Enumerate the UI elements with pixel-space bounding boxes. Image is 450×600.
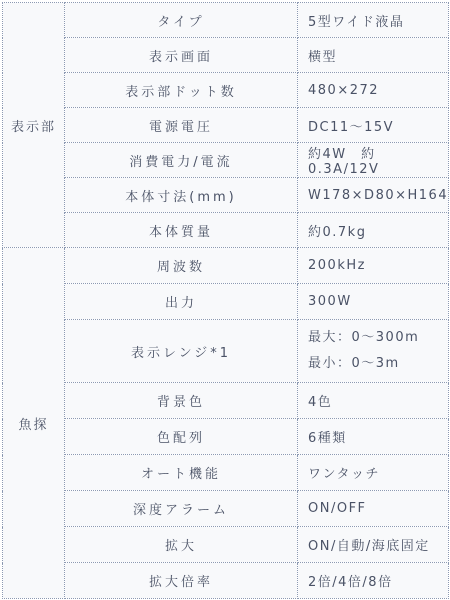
table-row: 本体寸法(mm) W178×D80×H164 (3, 178, 449, 213)
spec-label: 表示部ドット数 (65, 73, 298, 108)
spec-label: 電源電圧 (65, 108, 298, 143)
table-row: 深度アラーム ON/OFF (3, 491, 449, 527)
spec-value: 横型 (298, 38, 449, 73)
table-row: 背景色 4色 (3, 383, 449, 419)
spec-label: 表示画面 (65, 38, 298, 73)
spec-value: 4色 (298, 383, 449, 419)
table-row: 色配列 6種類 (3, 419, 449, 455)
spec-label: 本体質量 (65, 213, 298, 248)
spec-value: ON/自動/海底固定 (298, 527, 449, 563)
spec-value: 2倍/4倍/8倍 (298, 563, 449, 599)
spec-value: 約0.7kg (298, 213, 449, 248)
spec-label: 周波数 (65, 248, 298, 284)
spec-value: 300W (298, 284, 449, 320)
spec-label: 背景色 (65, 383, 298, 419)
spec-value: 200kHz (298, 248, 449, 284)
spec-value-line: 最小：0〜3m (308, 351, 444, 377)
spec-value: DC11〜15V (298, 108, 449, 143)
table-row: 表示部 タイプ 5型ワイド液晶 (3, 3, 449, 38)
table-row: オート機能 ワンタッチ (3, 455, 449, 491)
spec-label: 色配列 (65, 419, 298, 455)
table-row: 表示部ドット数 480×272 (3, 73, 449, 108)
table-row: 表示レンジ*1 最大：0〜300m 最小：0〜3m (3, 320, 449, 383)
spec-label: オート機能 (65, 455, 298, 491)
spec-label: 拡大倍率 (65, 563, 298, 599)
table-row: 出力 300W (3, 284, 449, 320)
spec-value: 480×272 (298, 73, 449, 108)
spec-label: 出力 (65, 284, 298, 320)
spec-value: 6種類 (298, 419, 449, 455)
spec-label: 本体寸法(mm) (65, 178, 298, 213)
spec-value: 最大：0〜300m 最小：0〜3m (298, 320, 449, 383)
spec-label: 表示レンジ*1 (65, 320, 298, 383)
spec-table: 表示部 タイプ 5型ワイド液晶 表示画面 横型 表示部ドット数 480×272 … (2, 2, 449, 599)
spec-label: 消費電力/電流 (65, 143, 298, 178)
table-row: 拡大 ON/自動/海底固定 (3, 527, 449, 563)
spec-label: 拡大 (65, 527, 298, 563)
spec-value: ON/OFF (298, 491, 449, 527)
spec-value: ワンタッチ (298, 455, 449, 491)
group-cell-sonar: 魚探 (3, 248, 65, 599)
table-row: 消費電力/電流 約4W 約0.3A/12V (3, 143, 449, 178)
table-row: 魚探 周波数 200kHz (3, 248, 449, 284)
spec-label: 深度アラーム (65, 491, 298, 527)
table-row: 本体質量 約0.7kg (3, 213, 449, 248)
spec-value: W178×D80×H164 (298, 178, 449, 213)
table-row: 表示画面 横型 (3, 38, 449, 73)
spec-value: 5型ワイド液晶 (298, 3, 449, 38)
spec-value-line: 最大：0〜300m (308, 325, 444, 351)
group-cell-display: 表示部 (3, 3, 65, 248)
table-row: 電源電圧 DC11〜15V (3, 108, 449, 143)
spec-value: 約4W 約0.3A/12V (298, 143, 449, 178)
table-row: 拡大倍率 2倍/4倍/8倍 (3, 563, 449, 599)
spec-label: タイプ (65, 3, 298, 38)
